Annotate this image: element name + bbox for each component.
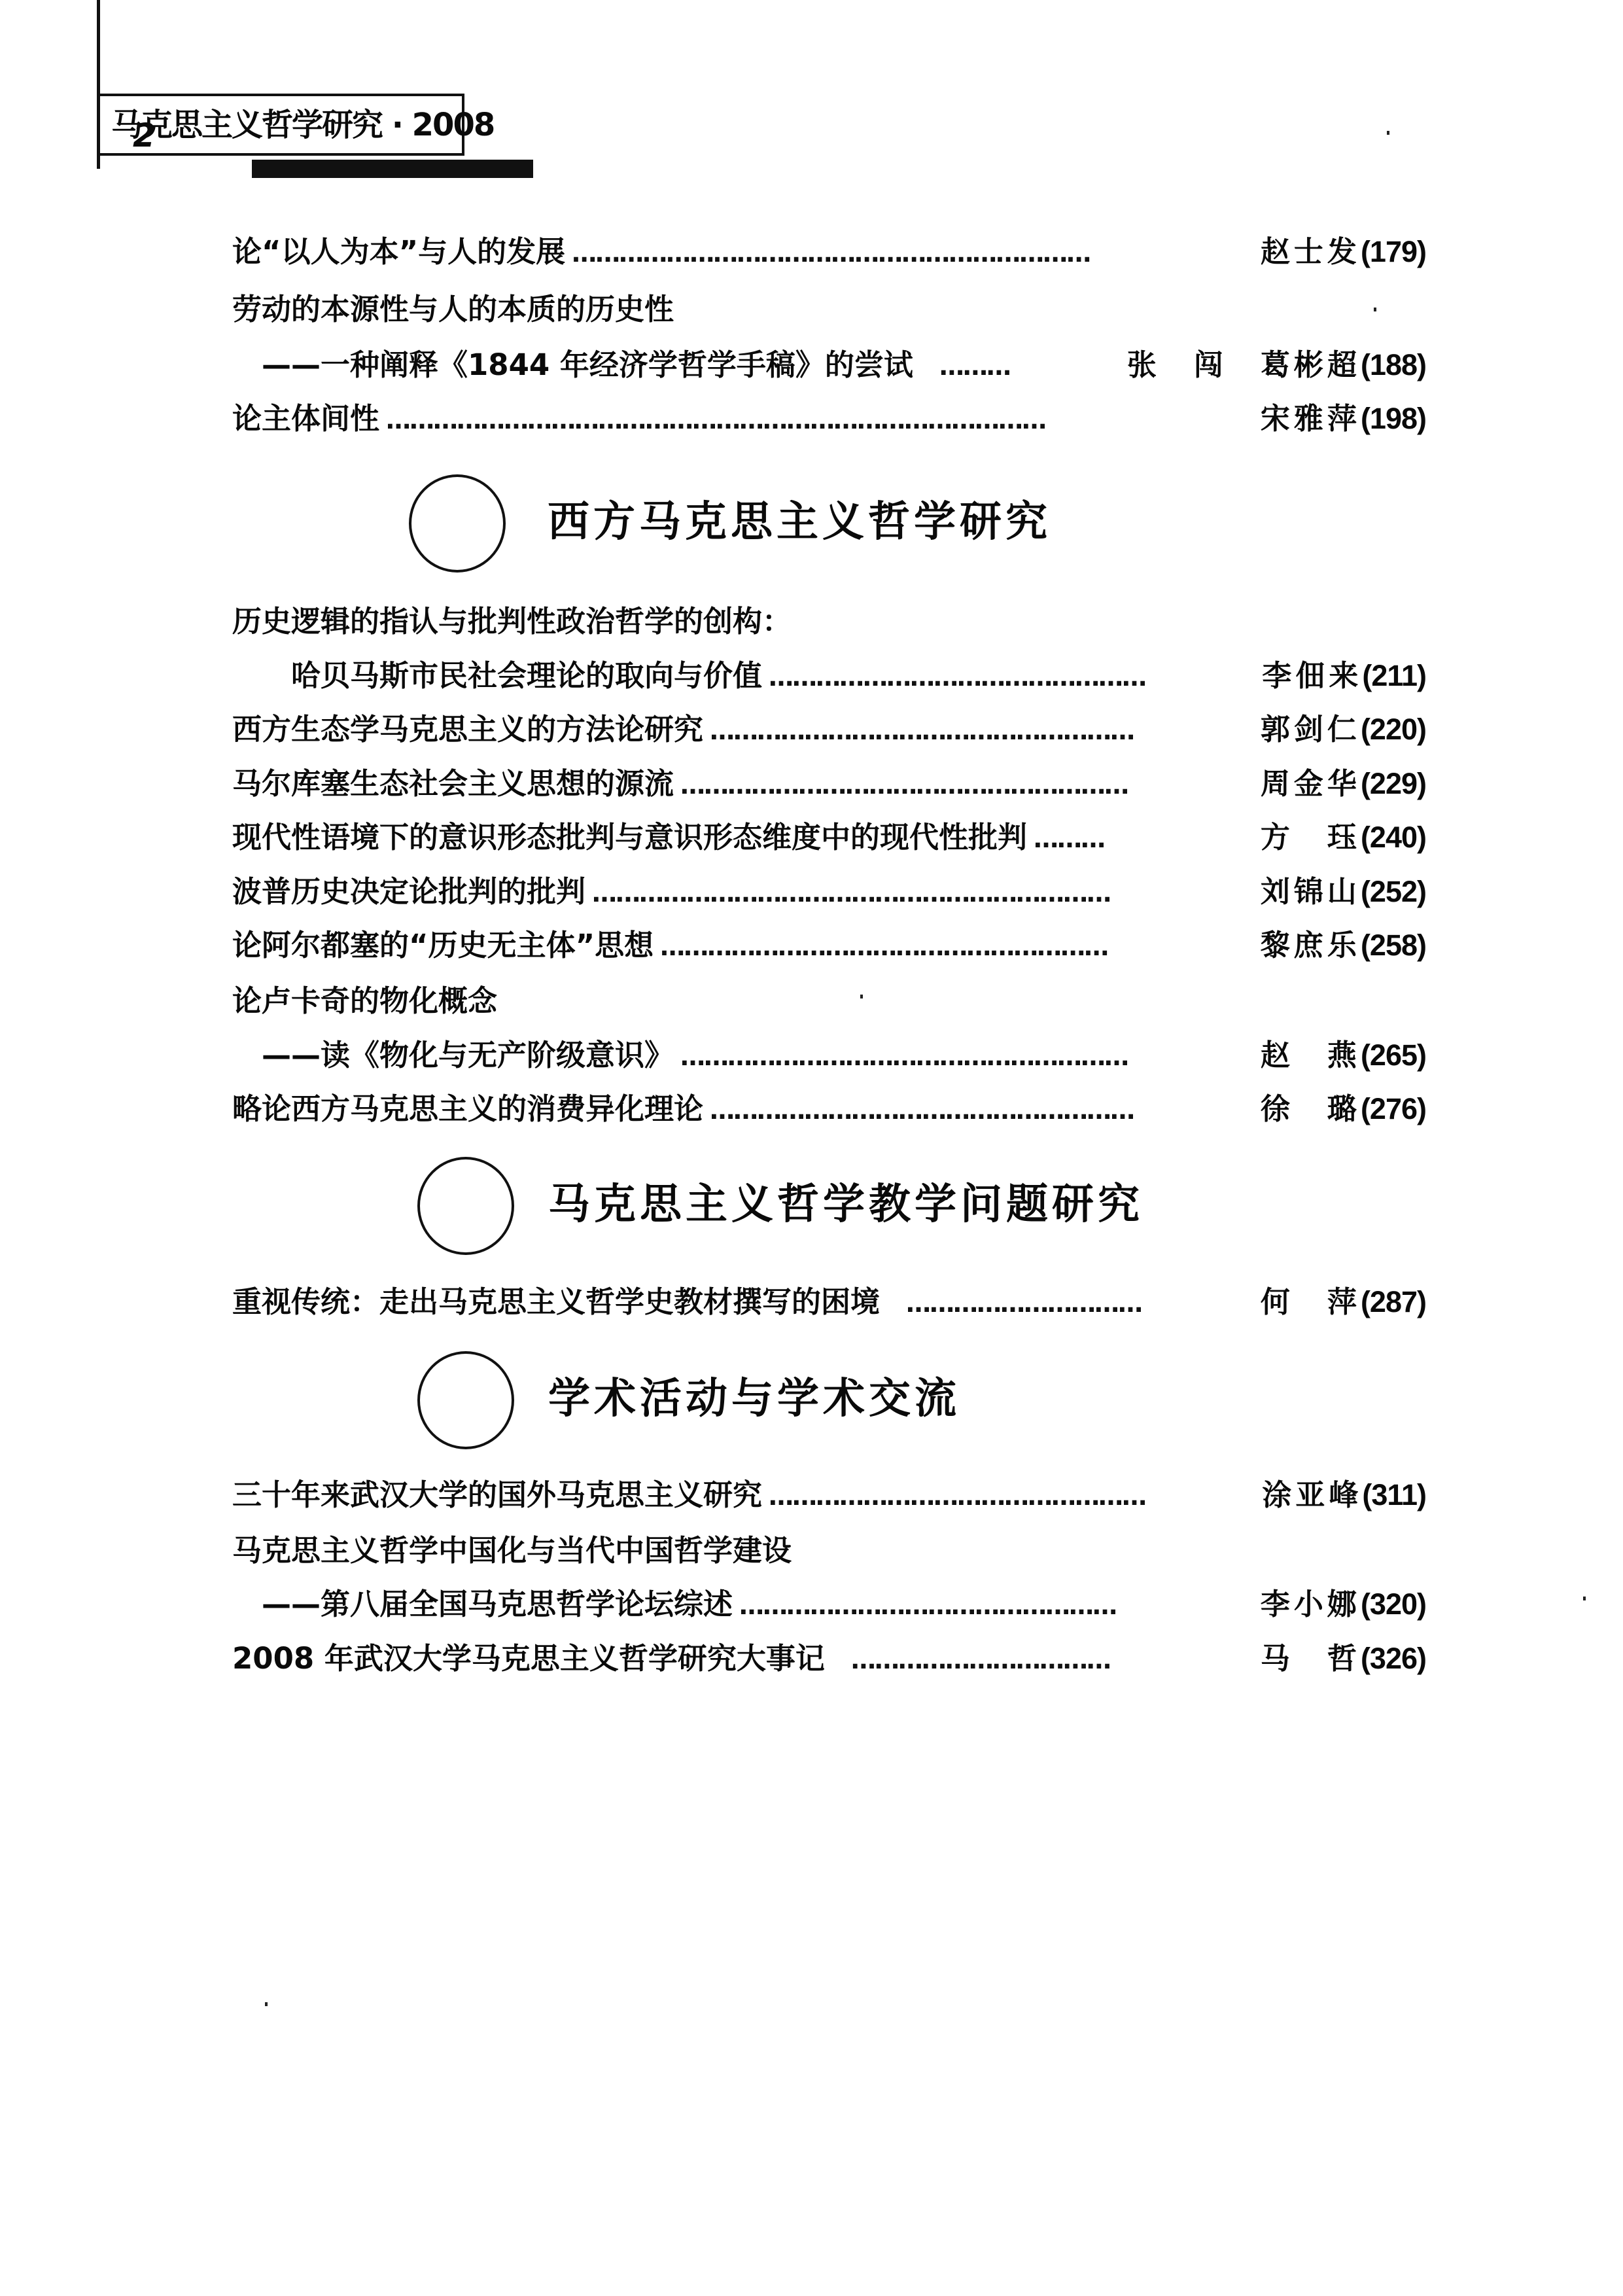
section-header-teaching-research: 马克思主义哲学教学问题研究 — [417, 1157, 1202, 1255]
leader-dots: ………………………………………………………………………… — [386, 400, 1254, 440]
toc-entry[interactable]: 现代性语境下的意识形态批判与意识形态维度中的现代性批判 ……… 方 珏 (240… — [232, 818, 1426, 857]
leader-dots: ……………………………………………… — [710, 711, 1254, 751]
entry-page: (252) — [1361, 872, 1426, 911]
toc-entry[interactable]: 三十年来武汉大学的国外马克思主义研究 ………………………………………… 涂亚峰 … — [232, 1475, 1426, 1515]
entry-page: (198) — [1361, 399, 1426, 438]
entry-page: (320) — [1361, 1585, 1426, 1624]
entry-title: 重视传统：走出马克思主义哲学史教材撰写的困境 — [232, 1282, 880, 1322]
section-title: 学术活动与学术交流 — [548, 1369, 960, 1428]
toc-entry[interactable]: ——读《物化与无产阶级意识》 ………………………………………………… 赵 燕 (… — [262, 1036, 1426, 1075]
entry-title: 论主体间性 — [232, 399, 379, 438]
entry-subtitle: 哈贝马斯市民社会理论的取向与价值 — [291, 656, 762, 696]
entry-title: 马尔库塞生态社会主义思想的源流 — [232, 764, 674, 804]
toc-entry[interactable]: ——第八届全国马克思哲学论坛综述 ………………………………………… 李小娜 (3… — [262, 1585, 1426, 1624]
page-number: 2 — [133, 116, 156, 154]
entry-author: 赵 燕 — [1261, 1036, 1361, 1075]
toc-entry[interactable]: 马尔库塞生态社会主义思想的源流 ………………………………………………… 周金华 … — [232, 764, 1426, 804]
section-header-western-marxism: 西方马克思主义哲学研究 — [409, 474, 1194, 573]
entry-author: 马 哲 — [1261, 1639, 1361, 1678]
entry-author: 刘锦山 — [1261, 872, 1361, 911]
scan-speck — [1583, 1597, 1586, 1600]
entry-page: (265) — [1361, 1036, 1426, 1075]
toc-entry-title-line[interactable]: 论卢卡奇的物化概念 — [232, 981, 1426, 1021]
entry-page: (211) — [1362, 656, 1426, 696]
scan-speck — [1387, 131, 1389, 135]
toc-entry-title-line[interactable]: 劳动的本源性与人的本质的历史性 — [232, 290, 1426, 329]
toc-entry[interactable]: 波普历史决定论批判的批判 ………………………………………………………… 刘锦山 … — [232, 872, 1426, 911]
section-title: 西方马克思主义哲学研究 — [548, 493, 1051, 552]
toc-entry[interactable]: 略论西方马克思主义的消费异化理论 ……………………………………………… 徐 璐 … — [232, 1089, 1426, 1129]
leader-dots: ……………………………………………… — [710, 1091, 1254, 1130]
entry-title: 马克思主义哲学中国化与当代中国哲学建设 — [232, 1531, 792, 1570]
entry-author: 郭剑仁 — [1261, 710, 1361, 749]
leader-dots: ………………………………………… — [739, 1586, 1254, 1625]
section-header-academic-exchange: 学术活动与学术交流 — [417, 1351, 1202, 1449]
entry-title: 略论西方马克思主义的消费异化理论 — [232, 1089, 703, 1129]
entry-page: (287) — [1361, 1282, 1426, 1322]
entry-page: (311) — [1362, 1475, 1426, 1515]
entry-page: (326) — [1361, 1639, 1426, 1678]
entry-title: 波普历史决定论批判的批判 — [232, 872, 585, 911]
entry-page: (258) — [1361, 926, 1426, 965]
circle-outline-icon — [417, 1351, 514, 1449]
entry-subtitle: ——读《物化与无产阶级意识》 — [262, 1036, 674, 1075]
leader-dots: ………………………………………… — [769, 1477, 1255, 1516]
toc-entry[interactable]: 论“以人为本”与人的发展 ………………………………………………………… 赵士发 … — [232, 232, 1426, 272]
entry-author: 涂亚峰 — [1262, 1475, 1362, 1515]
entry-page: (276) — [1361, 1089, 1426, 1129]
leader-dots: …………………………… — [851, 1640, 1254, 1680]
toc-entry[interactable]: 哈贝马斯市民社会理论的取向与价值 ………………………………………… 李佃来 (2… — [291, 656, 1426, 696]
toc-entry[interactable]: 重视传统：走出马克思主义哲学史教材撰写的困境 ………………………… 何 萍 (2… — [232, 1282, 1426, 1322]
entry-author: 何 萍 — [1261, 1282, 1361, 1322]
leader-dots: ………………………………………… — [769, 658, 1255, 697]
leader-dots: ………………………………………………………… — [592, 874, 1254, 913]
circle-outline-icon — [409, 474, 506, 573]
entry-author: 李佃来 — [1262, 656, 1362, 696]
toc-entry[interactable]: 论主体间性 ………………………………………………………………………… 宋雅萍 (… — [232, 399, 1426, 438]
entry-subtitle: ——一种阐释《1844 年经济学哲学手稿》的尝试 — [262, 345, 913, 385]
leader-dots: ……… — [1034, 819, 1254, 858]
scan-speck — [265, 2002, 268, 2006]
entry-author: 黎庶乐 — [1261, 926, 1361, 965]
entry-author: 周金华 — [1261, 764, 1361, 804]
entry-page: (179) — [1361, 232, 1426, 272]
toc-entry-title-line[interactable]: 马克思主义哲学中国化与当代中国哲学建设 — [232, 1531, 1426, 1570]
entry-title: 论“以人为本”与人的发展 — [232, 232, 565, 272]
entry-author: 宋雅萍 — [1261, 399, 1361, 438]
leader-dots: ………………………………………………… — [680, 1037, 1254, 1076]
leader-dots: ……… — [939, 347, 1010, 386]
entry-author: 方 珏 — [1261, 818, 1361, 857]
leader-dots: ………………………………………………… — [680, 766, 1254, 805]
toc-entry-title-line[interactable]: 历史逻辑的指认与批判性政治哲学的创构： — [232, 602, 1426, 641]
entry-author: 赵士发 — [1261, 232, 1361, 272]
leader-dots: ………………………… — [906, 1284, 1254, 1323]
entry-page: (220) — [1361, 710, 1426, 749]
toc-entry[interactable]: 2008 年武汉大学马克思主义哲学研究大事记 …………………………… 马 哲 (… — [232, 1639, 1426, 1678]
leader-dots: ………………………………………………… — [660, 927, 1254, 966]
entry-title: 三十年来武汉大学的国外马克思主义研究 — [232, 1475, 762, 1515]
scan-speck — [860, 995, 863, 998]
toc-entry[interactable]: 西方生态学马克思主义的方法论研究 ……………………………………………… 郭剑仁 … — [232, 710, 1426, 749]
entry-title: 历史逻辑的指认与批判性政治哲学的创构： — [232, 602, 792, 641]
entry-title: 现代性语境下的意识形态批判与意识形态维度中的现代性批判 — [232, 818, 1027, 857]
entry-subtitle: ——第八届全国马克思哲学论坛综述 — [262, 1585, 733, 1624]
circle-outline-icon — [417, 1157, 514, 1255]
entry-title: 西方生态学马克思主义的方法论研究 — [232, 710, 703, 749]
leader-dots: ………………………………………………………… — [572, 234, 1254, 273]
entry-author: 徐 璐 — [1261, 1089, 1361, 1129]
toc-entry[interactable]: ——一种阐释《1844 年经济学哲学手稿》的尝试 ……… 张 闯 葛彬超 (18… — [262, 345, 1426, 385]
scan-speck — [1374, 308, 1376, 311]
entry-author: 李小娜 — [1261, 1585, 1361, 1624]
entry-title: 论卢卡奇的物化概念 — [232, 981, 497, 1021]
entry-page: (188) — [1361, 345, 1426, 385]
entry-author: 张 闯 葛彬超 — [1036, 345, 1361, 385]
section-title: 马克思主义哲学教学问题研究 — [548, 1175, 1143, 1234]
entry-title: 2008 年武汉大学马克思主义哲学研究大事记 — [232, 1639, 825, 1678]
entry-page: (240) — [1361, 818, 1426, 857]
entry-page: (229) — [1361, 764, 1426, 804]
running-title-underbar — [252, 160, 533, 178]
entry-title: 劳动的本源性与人的本质的历史性 — [232, 290, 674, 329]
toc-entry[interactable]: 论阿尔都塞的“历史无主体”思想 ………………………………………………… 黎庶乐 … — [232, 926, 1426, 965]
entry-title: 论阿尔都塞的“历史无主体”思想 — [232, 926, 654, 965]
